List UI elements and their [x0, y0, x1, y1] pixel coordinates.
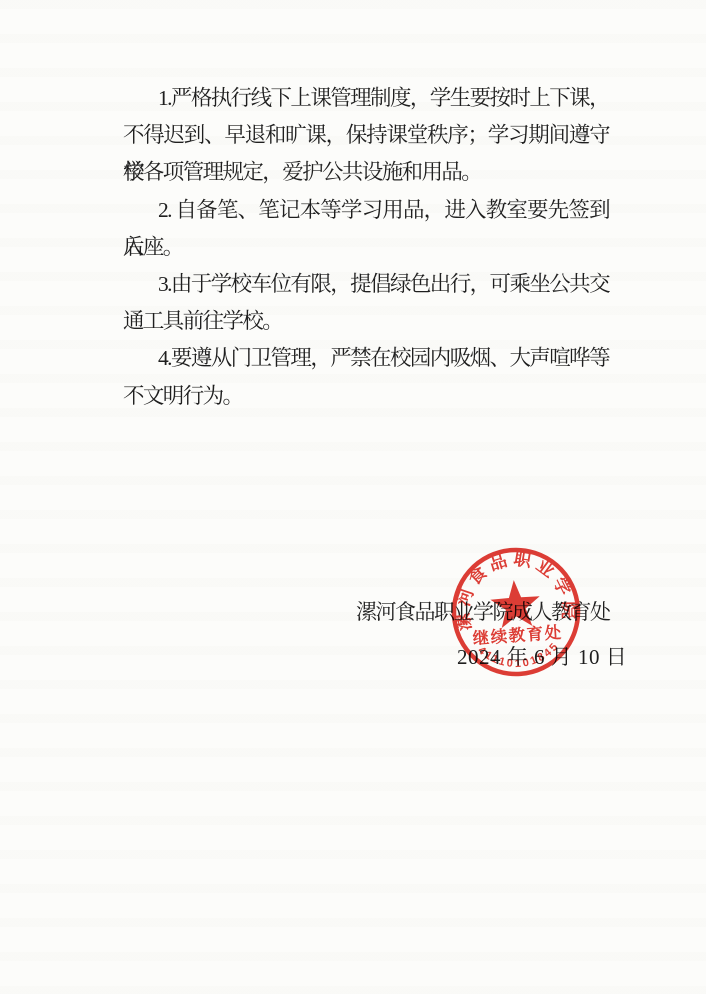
document-page: 1.严格执行线下上课管理制度，学生要按时上下课， 不得迟到、早退和旷课，保持课堂… — [0, 0, 706, 994]
body-line: 通工具前往学校。 — [123, 303, 609, 340]
document-body: 1.严格执行线下上课管理制度，学生要按时上下课， 不得迟到、早退和旷课，保持课堂… — [123, 80, 609, 415]
signing-date: 2024 年 6 月 10 日 — [457, 641, 627, 671]
body-line: 3.由于学校车位有限，提倡绿色出行，可乘坐公共交 — [123, 266, 609, 303]
body-line: 1.严格执行线下上课管理制度，学生要按时上下课， — [123, 80, 609, 117]
signing-office: 漯河食品职业学院成人教育处 — [356, 596, 610, 626]
body-line: 不文明行为。 — [123, 378, 609, 415]
body-line: 2. 自备笔、笔记本等学习用品，进入教室要先签到后 — [123, 192, 609, 229]
body-line: 校各项管理规定，爱护公共设施和用品。 — [123, 154, 609, 191]
body-line: 4.要遵从门卫管理，严禁在校园内吸烟、大声喧哗等 — [123, 340, 609, 377]
body-line: 入座。 — [123, 229, 609, 266]
body-line: 不得迟到、早退和旷课，保持课堂秩序；学习期间遵守学 — [123, 117, 609, 154]
